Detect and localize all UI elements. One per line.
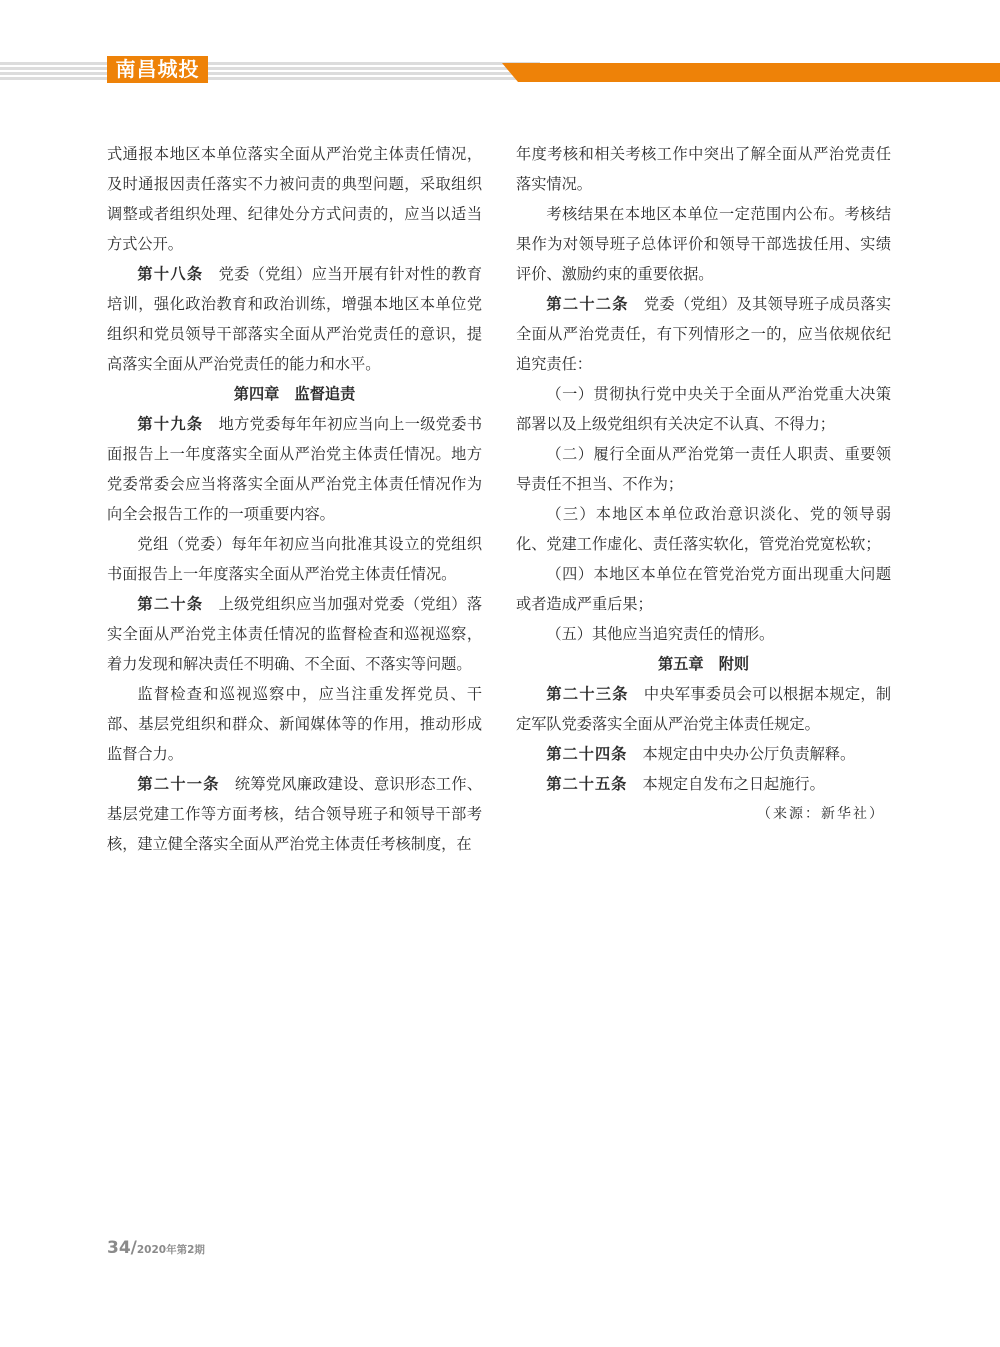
page-footer: 34/2020年第2期 [107, 1238, 205, 1258]
article-number: 第二十三条 [546, 685, 628, 703]
article-19: 第十九条地方党委每年年初应当向上一级党委书面报告上一年度落实全面从严治党主体责任… [107, 409, 482, 529]
source-credit: （来源：新华社） [516, 799, 891, 829]
right-column: 年度考核和相关考核工作中突出了解全面从严治党责任落实情况。 考核结果在本地区本单… [516, 139, 891, 829]
chapter-title: 监督追责 [295, 385, 356, 403]
article-22: 第二十二条党委（党组）及其领导班子成员落实全面从严治党责任，有下列情形之一的，应… [516, 289, 891, 379]
article-text: 本规定自发布之日起施行。 [643, 775, 825, 793]
article-number: 第二十一条 [137, 775, 219, 793]
brand-logo: 南昌城投 [107, 56, 208, 83]
article-24: 第二十四条本规定由中央办公厅负责解释。 [516, 739, 891, 769]
article-number: 第二十二条 [546, 295, 628, 313]
header-stripes [0, 62, 540, 82]
chapter-heading-4: 第四章监督追责 [107, 379, 482, 409]
header-accent-band [502, 63, 1000, 82]
article-number: 第二十五条 [546, 775, 627, 793]
article-18: 第十八条党委（党组）应当开展有针对性的教育培训，强化政治教育和政治训练，增强本地… [107, 259, 482, 379]
article-number: 第十八条 [137, 265, 203, 283]
chapter-title: 附则 [719, 655, 749, 673]
article-23: 第二十三条中央军事委员会可以根据本规定，制定军队党委落实全面从严治党主体责任规定… [516, 679, 891, 739]
paragraph: 年度考核和相关考核工作中突出了解全面从严治党责任落实情况。 [516, 139, 891, 199]
article-number: 第二十四条 [546, 745, 627, 763]
paragraph: 监督检查和巡视巡察中，应当注重发挥党员、干部、基层党组织和群众、新闻媒体等的作用… [107, 679, 482, 769]
article-text: 本规定由中央办公厅负责解释。 [643, 745, 856, 763]
article-number: 第二十条 [137, 595, 203, 613]
list-item: （二）履行全面从严治党第一责任人职责、重要领导责任不担当、不作为； [516, 439, 891, 499]
page-number: 34/ [107, 1238, 137, 1258]
list-item: （一）贯彻执行党中央关于全面从严治党重大决策部署以及上级党组织有关决定不认真、不… [516, 379, 891, 439]
chapter-number: 第四章 [234, 385, 280, 403]
left-column: 式通报本地区本单位落实全面从严治党主体责任情况，及时通报因责任落实不力被问责的典… [107, 139, 482, 859]
paragraph: 考核结果在本地区本单位一定范围内公布。考核结果作为对领导班子总体评价和领导干部选… [516, 199, 891, 289]
paragraph: 党组（党委）每年年初应当向批准其设立的党组织书面报告上一年度落实全面从严治党主体… [107, 529, 482, 589]
chapter-heading-5: 第五章附则 [516, 649, 891, 679]
article-21: 第二十一条统筹党风廉政建设、意识形态工作、基层党建工作等方面考核，结合领导班子和… [107, 769, 482, 859]
article-number: 第十九条 [137, 415, 203, 433]
chapter-number: 第五章 [658, 655, 704, 673]
list-item: （三）本地区本单位政治意识淡化、党的领导弱化、党建工作虚化、责任落实软化，管党治… [516, 499, 891, 559]
issue-label: 2020年第2期 [137, 1244, 205, 1256]
list-item: （五）其他应当追究责任的情形。 [516, 619, 891, 649]
paragraph: 式通报本地区本单位落实全面从严治党主体责任情况，及时通报因责任落实不力被问责的典… [107, 139, 482, 259]
list-item: （四）本地区本单位在管党治党方面出现重大问题或者造成严重后果； [516, 559, 891, 619]
page-header: 南昌城投 [0, 0, 1000, 100]
article-20: 第二十条上级党组织应当加强对党委（党组）落实全面从严治党主体责任情况的监督检查和… [107, 589, 482, 679]
article-25: 第二十五条本规定自发布之日起施行。 [516, 769, 891, 799]
